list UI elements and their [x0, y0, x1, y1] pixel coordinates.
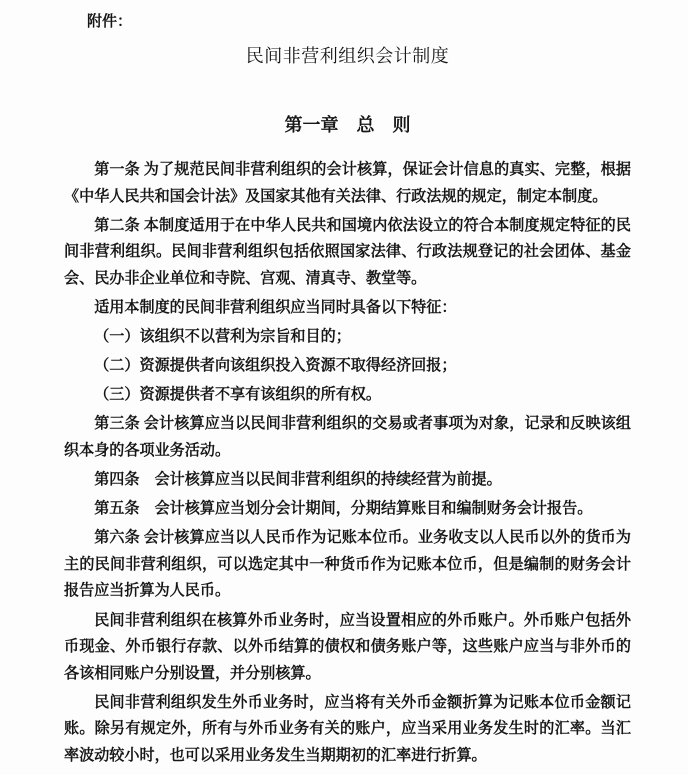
paragraph: 民间非营利组织发生外币业务时，应当将有关外币金额折算为记账本位币金额记账。除另有…: [64, 690, 631, 770]
paragraph: 适用本制度的民间非营利组织应当同时具备以下特征：: [64, 295, 631, 322]
paragraph: 第五条 会计核算应当划分会计期间，分期结算账目和编制财务会计报告。: [64, 496, 631, 523]
document-body: 第一条 为了规范民间非营利组织的会计核算，保证会计信息的真实、完整，根据《中华人…: [64, 157, 631, 770]
paragraph: （二）资源提供者向该组织投入资源不取得经济回报；: [64, 353, 631, 380]
paragraph: 第一条 为了规范民间非营利组织的会计核算，保证会计信息的真实、完整，根据《中华人…: [64, 157, 631, 210]
document-page: 附件： 民间非营利组织会计制度 第一章 总 则 第一条 为了规范民间非营利组织的…: [0, 0, 688, 775]
paragraph: 第三条 会计核算应当以民间非营利组织的交易或者事项为对象，记录和反映该组织本身的…: [64, 411, 631, 464]
document-title: 民间非营利组织会计制度: [64, 44, 631, 70]
attachment-label: 附件：: [87, 12, 631, 32]
paragraph: （三）资源提供者不享有该组织的所有权。: [64, 382, 631, 409]
paragraph: （一）该组织不以营利为宗旨和目的；: [64, 324, 631, 351]
paragraph: 第二条 本制度适用于在中华人民共和国境内依法设立的符合本制度规定特征的民间非营利…: [64, 213, 631, 293]
paragraph: 第六条 会计核算应当以人民币作为记账本位币。业务收支以人民币以外的货币为主的民间…: [64, 525, 631, 605]
chapter-heading: 第一章 总 则: [64, 112, 631, 138]
paragraph: 民间非营利组织在核算外币业务时，应当设置相应的外币账户。外币账户包括外币现金、外…: [64, 608, 631, 688]
paragraph: 第四条 会计核算应当以民间非营利组织的持续经营为前提。: [64, 467, 631, 494]
